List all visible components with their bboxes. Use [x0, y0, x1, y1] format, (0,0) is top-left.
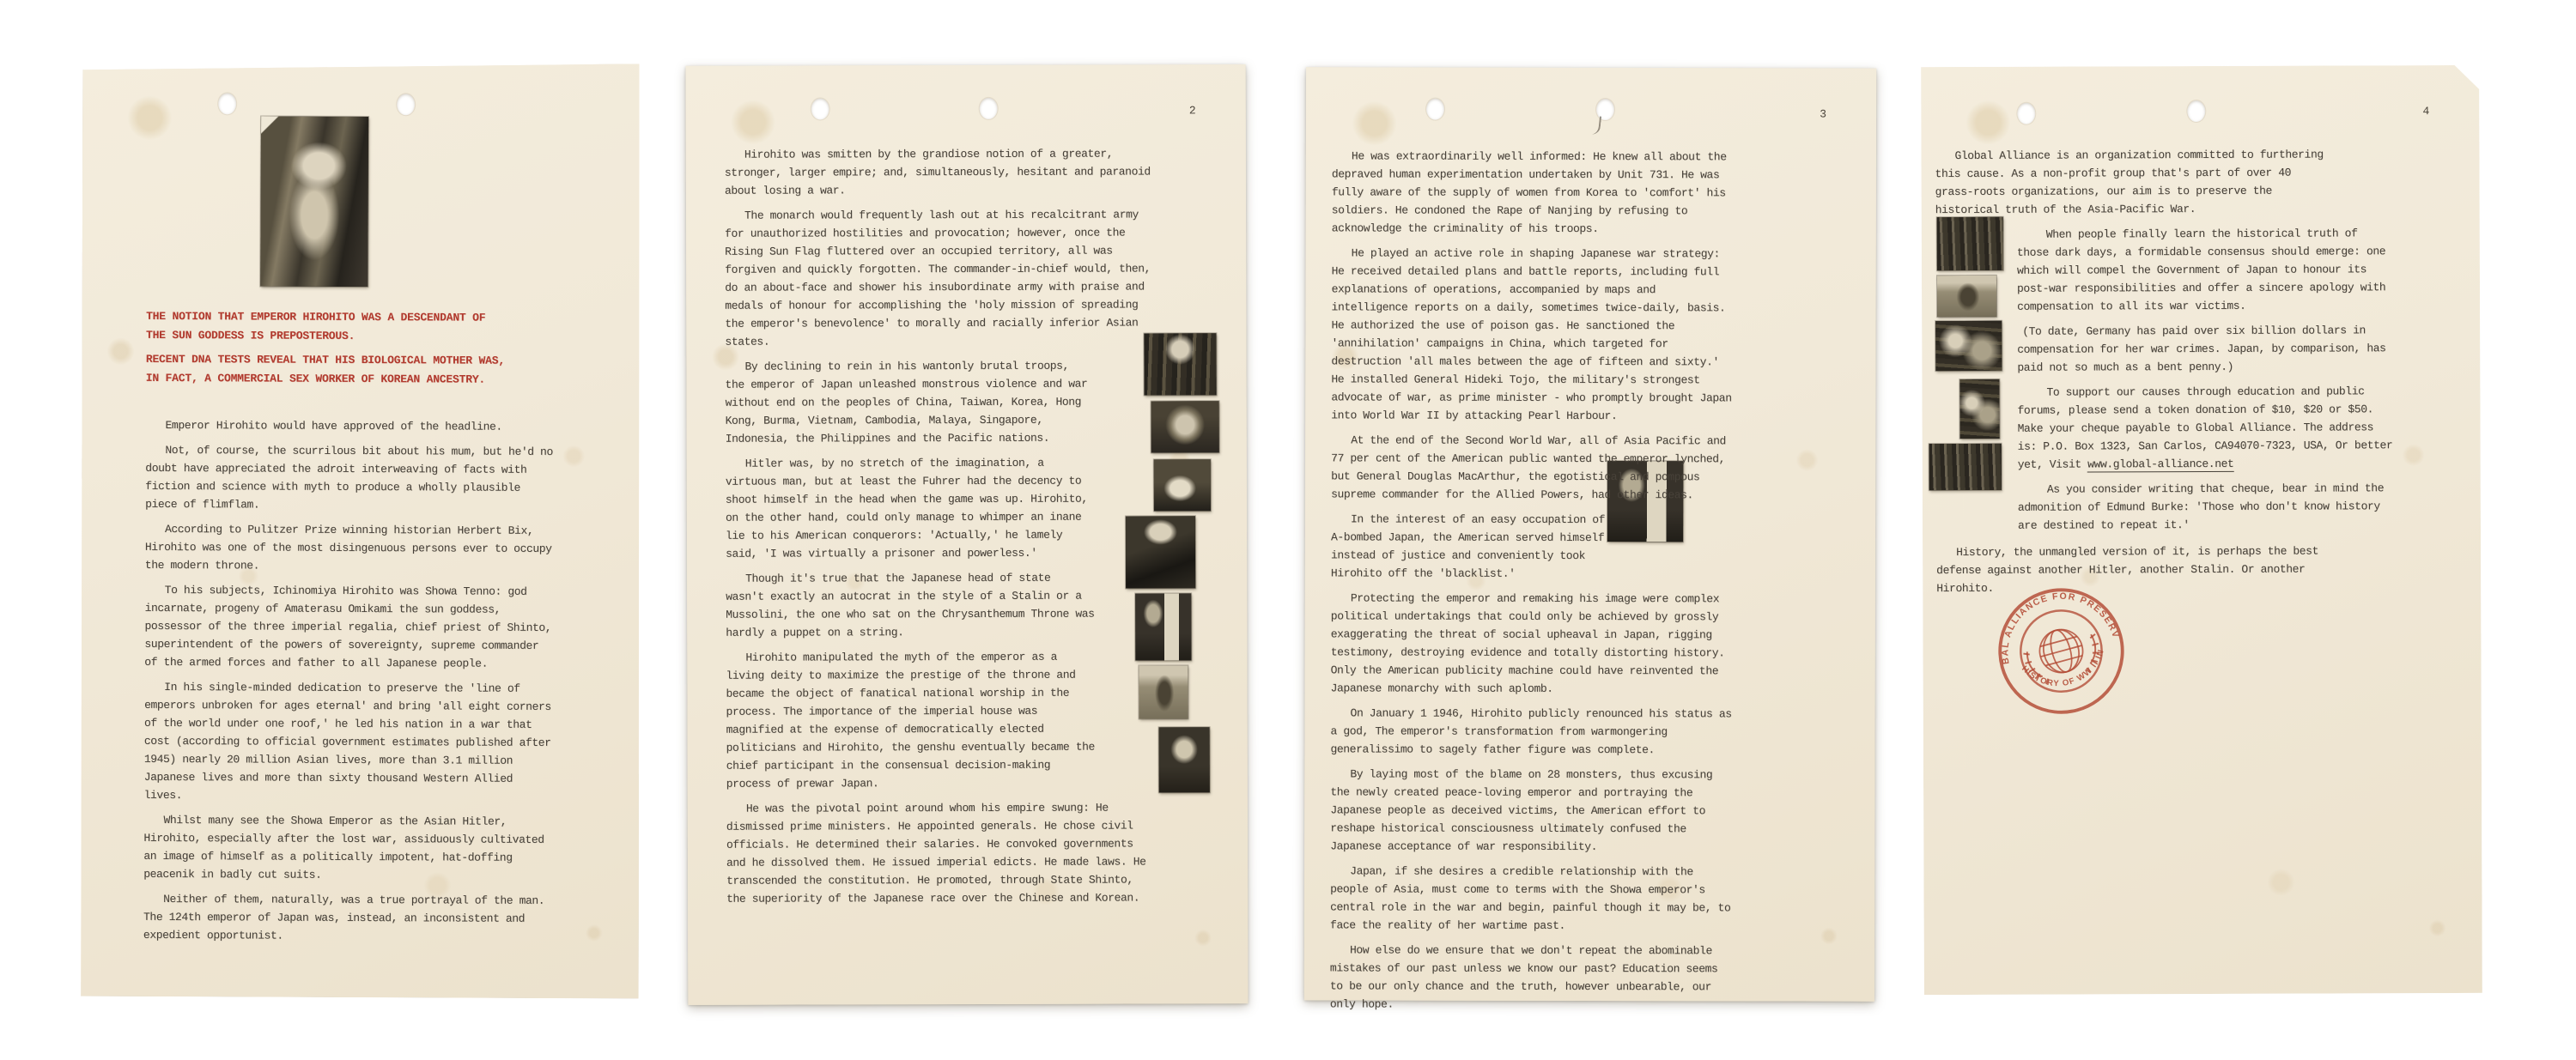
paragraph: By laying most of the blame on 28 monste…	[1330, 765, 1735, 856]
paragraph: The monarch would frequently lash out at…	[725, 205, 1156, 350]
page-4-body: Global Alliance is an organization commi…	[1935, 145, 2336, 604]
paragraph: Though it's true that the Japanese head …	[726, 569, 1095, 642]
paragraph: Neither of them, naturally, was a true p…	[143, 890, 554, 946]
photo-face-portrait	[1159, 727, 1210, 792]
punch-hole	[811, 98, 829, 119]
page-number: 3	[1820, 108, 1826, 121]
page-3-body: He was extraordinarily well informed: He…	[1330, 147, 1737, 1021]
paragraph: Hitler was, by no stretch of the imagina…	[726, 454, 1095, 563]
punch-hole	[397, 94, 415, 115]
paragraph: He played an active role in shaping Japa…	[1331, 244, 1736, 425]
paragraph: Protecting the emperor and remaking his …	[1331, 589, 1736, 698]
scanned-document-board: THE NOTION THAT EMPEROR HIROHITO WAS A D…	[0, 0, 2576, 1060]
paragraph: To his subjects, Ichinomiya Hirohito was…	[144, 581, 555, 673]
page-1: THE NOTION THAT EMPEROR HIROHITO WAS A D…	[79, 62, 643, 999]
photo-white-horse	[1154, 459, 1211, 511]
paragraph: When people finally learn the historical…	[2017, 224, 2395, 316]
paragraph: Japan, if she desires a credible relatio…	[1330, 862, 1735, 935]
pencil-mark	[1590, 115, 1601, 135]
paragraph: Hirohito manipulated the myth of the emp…	[726, 648, 1095, 793]
paragraph: History, the unmangled version of it, is…	[1936, 542, 2336, 597]
paragraph: Emperor Hirohito would have approved of …	[145, 416, 556, 436]
page-3: 3 He was extraordinarily well informed: …	[1304, 67, 1876, 1001]
page-2: 2 Hirohito was smitten by the grandiose …	[686, 64, 1249, 1005]
page-number: 2	[1189, 104, 1196, 117]
paragraph: According to Pulitzer Prize winning hist…	[145, 520, 556, 576]
paragraph: To support our causes through education …	[2017, 382, 2395, 474]
headline-line: THE NOTION THAT EMPEROR HIROHITO WAS A D…	[146, 307, 541, 328]
paragraph: In his single-minded dedication to prese…	[144, 678, 556, 806]
paragraph: He was the pivotal point around whom his…	[726, 798, 1157, 907]
page-4: 4 Global Alliance is an organization com…	[1921, 65, 2482, 995]
paragraph: In the interest of an easy occupation of…	[1331, 510, 1614, 583]
red-headline: THE NOTION THAT EMPEROR HIROHITO WAS A D…	[146, 307, 541, 389]
paragraph: He was extraordinarily well informed: He…	[1332, 147, 1737, 238]
paragraph: How else do we ensure that we don't repe…	[1330, 941, 1735, 1014]
paragraph: Global Alliance is an organization commi…	[1935, 145, 2334, 219]
punch-hole	[2187, 100, 2205, 122]
punch-hole	[218, 93, 236, 114]
headline-line: THE SUN GODDESS IS PREPOSTEROUS.	[146, 325, 541, 346]
paragraph: At the end of the Second World War, all …	[1331, 431, 1736, 504]
paragraph: On January 1 1946, Hirohito publicly ren…	[1330, 704, 1735, 759]
page-1-body: Emperor Hirohito would have approved of …	[143, 416, 556, 953]
headline-line: RECENT DNA TESTS REVEAL THAT HIS BIOLOGI…	[146, 350, 541, 371]
website-url: www.global-alliance.net	[2087, 457, 2233, 473]
paragraph: As you consider writing that cheque, bea…	[2018, 479, 2396, 535]
paragraph: Not, of course, the scurrilous bit about…	[145, 441, 556, 515]
paragraph: Hirohito was smitten by the grandiose no…	[725, 144, 1156, 199]
photo-imperial-robes-portrait	[1151, 401, 1219, 452]
punch-hole	[980, 98, 998, 119]
photo-young-woman	[260, 116, 368, 287]
headline-line: IN FACT, A COMMERCIAL SEX WORKER OF KORE…	[146, 368, 541, 389]
punch-hole	[2017, 103, 2035, 124]
page-number: 4	[2422, 105, 2429, 118]
paragraph: (To date, Germany has paid over six bill…	[2017, 321, 2395, 377]
punch-hole	[1426, 99, 1444, 120]
paragraph: Whilst many see the Showa Emperor as the…	[143, 811, 554, 885]
paragraph: By declining to rein in his wantonly bru…	[725, 357, 1094, 448]
page-2-body: Hirohito was smitten by the grandiose no…	[725, 144, 1157, 914]
